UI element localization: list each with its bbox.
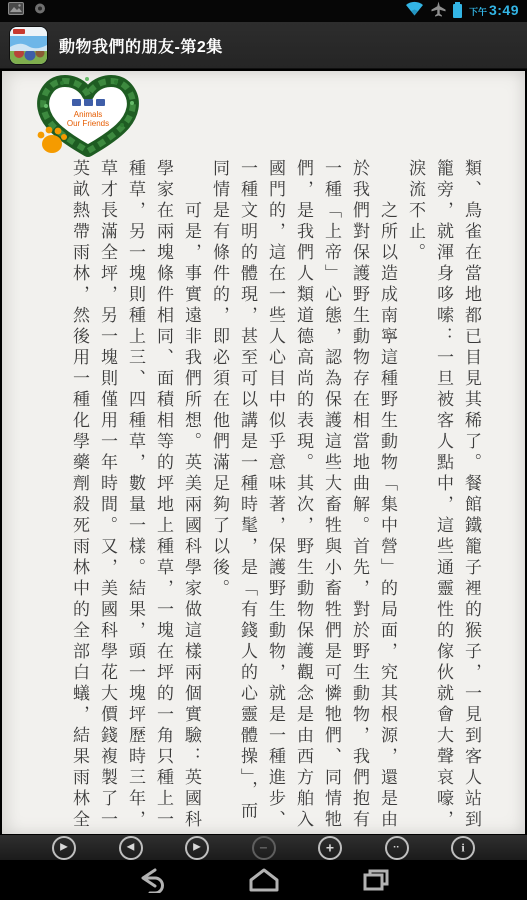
prev-page-button[interactable]: ◀: [119, 836, 143, 860]
arrow-left-icon: ◀: [127, 842, 135, 852]
two-page-view-button[interactable]: ▪▪: [385, 836, 409, 860]
app-icon: [10, 27, 47, 64]
logo-text-our-friends: Our Friends: [67, 119, 109, 128]
text-column: 草才長滿全坪，另一塊則僅用一年時間。又，美國科學花大價錢複製了一: [93, 159, 121, 835]
text-column: 一種文明的體現，甚至可以講是一種時髦，是「有錢人的心靈體操」，而: [233, 159, 261, 835]
tablet-screen: 下午3:49 動物我們的朋友-第2集: [0, 0, 527, 900]
book-title: 動物我們的朋友-第2集: [59, 34, 223, 57]
zoom-out-button[interactable]: −: [252, 836, 276, 860]
airplane-mode-icon: [431, 1, 446, 22]
logo-text-animals: Animals: [74, 110, 102, 119]
info-icon: i: [461, 841, 464, 853]
back-icon: [135, 867, 169, 893]
arrow-right-icon: ▶: [193, 842, 201, 852]
minus-icon: −: [259, 840, 267, 854]
text-column: 於我們對保護野生動物存在相當地曲解。首先，對於野生動物，我們抱有: [345, 159, 373, 835]
battery-icon: [453, 4, 462, 18]
text-column: 籠旁，就渾身哆嗦：一旦被客人點中，這些通靈性的傢伙就會大聲哀嚎，: [429, 159, 457, 835]
recents-button[interactable]: [356, 867, 396, 893]
text-column: 國門的，這在一些人心目中似乎意味著，保護野生動物，就是一種進步、: [261, 159, 289, 835]
home-icon: [247, 867, 281, 893]
info-button[interactable]: i: [451, 836, 475, 860]
plus-icon: +: [326, 840, 334, 854]
photo-icon: [8, 2, 24, 20]
text-column: 種草，另一塊則種上三、四種草，數量一樣。結果，頭一塊坪歷時三年，: [121, 159, 149, 835]
text-column: 之所以造成南寧這種野生動物「集中營」的局面，究其根源，還是由: [373, 159, 401, 835]
play-button[interactable]: ▶: [52, 836, 76, 860]
recents-icon: [359, 867, 393, 893]
text-column: 淚流不止。: [401, 159, 429, 835]
status-time-period: 下午: [469, 7, 487, 17]
text-column: 學家在兩塊條件相同、面積相等的坪地上種草，一塊在坪的一角只種上一: [149, 159, 177, 835]
text-column: 同情是有條件的，即必須在他們滿足夠了以後。: [205, 159, 233, 835]
page-text: 類、鳥雀在當地都已目見其稀了。餐館鐵籠子裡的猴子，一見到客人站到 籠旁，就渾身哆…: [65, 159, 485, 835]
next-page-button[interactable]: ▶: [185, 836, 209, 860]
text-column: 們，是我們人類道德高尚的表現。其次，野生動物保護觀念是由西方舶入: [289, 159, 317, 835]
reader-toolbar: ▶ ◀ ▶ − + ▪▪ i: [0, 834, 527, 860]
book-page[interactable]: Animals Our Friends 類、鳥雀在當地都已目見其稀了。餐館鐵籠子…: [2, 71, 525, 834]
text-column: 一種「上帝」心態，認為保護這些大畜牲與小畜牲們是可憐牠們、同情牠: [317, 159, 345, 835]
text-column: 英畝熱帶雨林，然後用一種化學藥劑殺死雨林中的全部白蟻，結果雨林全: [65, 159, 93, 835]
status-bar: 下午3:49: [0, 0, 527, 22]
home-button[interactable]: [244, 867, 284, 893]
usb-icon: [34, 2, 46, 20]
zoom-in-button[interactable]: +: [318, 836, 342, 860]
text-column: 可是，事實遠非我們所想。英美兩國科學家做這樣兩個實驗：英國科: [177, 159, 205, 835]
title-bar: 動物我們的朋友-第2集: [0, 22, 527, 69]
android-nav-bar: [0, 860, 527, 900]
back-button[interactable]: [132, 867, 172, 893]
two-page-icon: ▪▪: [393, 844, 399, 850]
text-column: 類、鳥雀在當地都已目見其稀了。餐館鐵籠子裡的猴子，一見到客人站到: [457, 159, 485, 835]
play-icon: ▶: [60, 842, 68, 852]
series-logo-icon: Animals Our Friends: [32, 73, 144, 163]
status-time: 3:49: [489, 2, 519, 18]
wifi-icon: [405, 1, 424, 21]
